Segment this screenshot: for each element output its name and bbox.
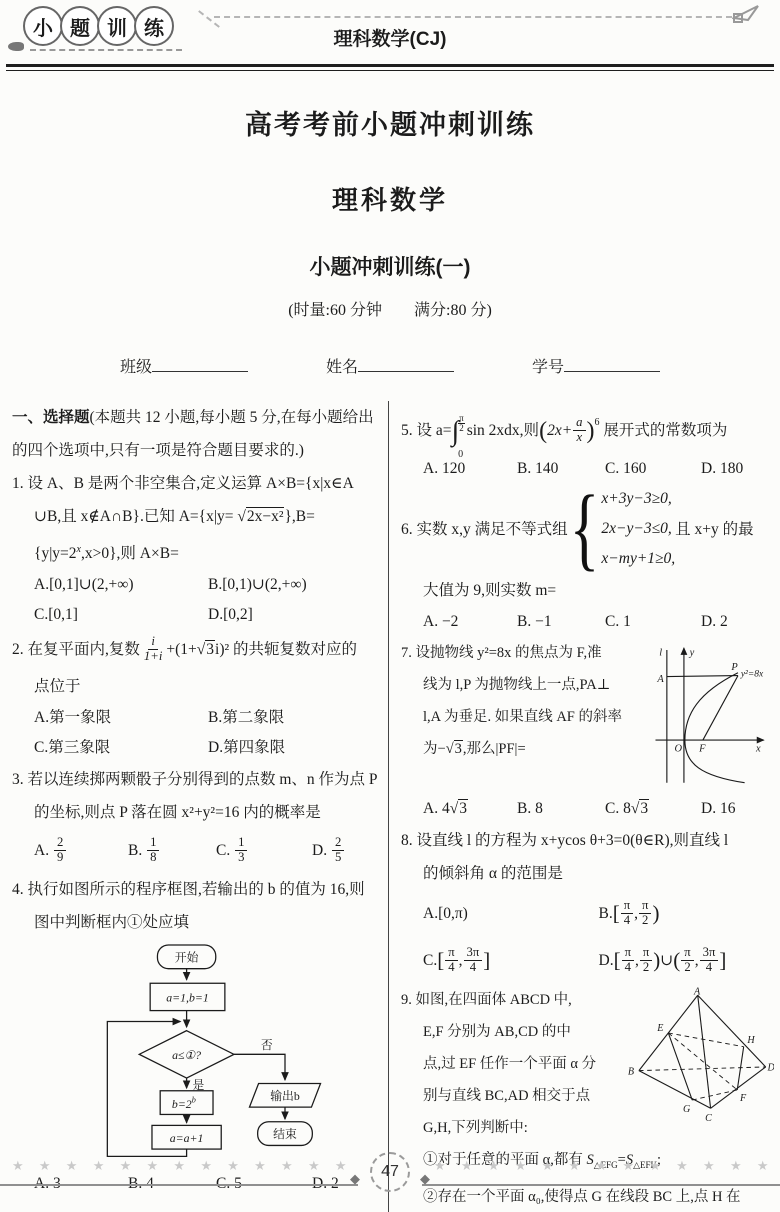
option: A.第一象限 xyxy=(34,703,208,733)
id-label: 学号 xyxy=(532,359,564,376)
q3-options: A. 29 B. 18 C. 13 D. 25 xyxy=(12,829,382,873)
header-subject: 理科数学(CJ) xyxy=(0,24,780,51)
page-footer: ★ ★ ★ ★ ★ ★ ★ ★ ★ ★ ★ ★ ★ ★ ★ ★ ◆ 47 ★ ★… xyxy=(0,1152,780,1198)
option: B.[0,1)∪(2,+∞) xyxy=(208,570,382,600)
option: D. 180 xyxy=(701,454,774,484)
question-2: 2. 在复平面内,复数i1+i+(1+√3i)² 的共轭复数对应的 点位于 A.… xyxy=(12,630,382,763)
option: B. 8 xyxy=(517,794,605,824)
label-F: F xyxy=(739,1093,747,1104)
double-rule xyxy=(6,64,774,71)
label-B: B xyxy=(628,1066,634,1077)
fc-output: 输出b xyxy=(270,1089,300,1103)
question-1: 1. 设 A、B 是两个非空集合,定义运算 A×B={x|x∈A ∪B,且 x∉… xyxy=(12,467,382,630)
option: D.[π4,π2)∪(π2,3π4] xyxy=(599,937,775,984)
label-x: x xyxy=(755,743,761,754)
fc-calc: b=2b xyxy=(172,1096,196,1111)
fc-end: 结束 xyxy=(273,1127,297,1141)
option: B. −1 xyxy=(517,607,605,637)
diamond-icon: ◆ xyxy=(350,1171,360,1187)
label-P: P xyxy=(730,662,738,673)
footer-right-ornament: ★ ★ ★ ★ ★ ★ ★ ★ ★ ★ ★ ★ ★ ★ ★ ★ ◆ xyxy=(422,1158,780,1192)
section-intro: 一、选择题(本题共 12 小题,每小题 5 分,在每小题给出 xyxy=(12,401,382,434)
option: B.第二象限 xyxy=(208,703,382,733)
class-blank xyxy=(152,356,248,372)
option: C.[0,1] xyxy=(34,600,208,630)
paper-plane-icon xyxy=(732,4,762,31)
question-3: 3. 若以连续掷两颗骰子分别得到的点数 m、n 作为点 P 的坐标,则点 P 落… xyxy=(12,763,382,873)
diamond-icon: ◆ xyxy=(420,1171,430,1187)
id-field: 学号 xyxy=(532,354,660,377)
flowchart-figure: 开始 a=1,b=1 a≤①? 否 是 b=2b 输出b a=a+1 结束 xyxy=(80,943,382,1167)
id-blank xyxy=(564,356,660,372)
fc-start: 开始 xyxy=(175,951,200,965)
question-8: 8. 设直线 l 的方程为 x+ycos θ+3=0(θ∈R),则直线 l 的倾… xyxy=(401,824,774,984)
option: A.[0,π) xyxy=(423,891,599,937)
section-intro-2: 的四个选项中,只有一项是符合题目要求的.) xyxy=(12,434,382,467)
name-label: 姓名 xyxy=(326,359,358,376)
q7-options: A. 4√3 B. 8 C. 8√3 D. 16 xyxy=(401,794,774,824)
q8-options-row2: C.[π4,3π4] D.[π4,π2)∪(π2,3π4] xyxy=(401,937,774,984)
fc-yes: 是 xyxy=(193,1078,205,1092)
option: D. 25 xyxy=(312,829,382,873)
footer-left-ornament: ★ ★ ★ ★ ★ ★ ★ ★ ★ ★ ★ ★ ★ ★ ★ ★ ◆ xyxy=(0,1158,358,1192)
fraction: i1+i xyxy=(141,635,165,664)
label-H: H xyxy=(746,1035,755,1046)
section-title: 小题冲刺训练(一) xyxy=(0,251,780,281)
q6-options: A. −2 B. −1 C. 1 D. 2 xyxy=(401,607,774,637)
section-intro-bold: 一、选择题 xyxy=(12,409,90,426)
page-title: 高考考前小题冲刺训练 xyxy=(0,103,780,142)
fc-init: a=1,b=1 xyxy=(166,991,209,1005)
q2-options: A.第一象限 B.第二象限 C.第三象限 D.第四象限 xyxy=(12,703,382,763)
label-G: G xyxy=(683,1104,691,1115)
option: C. 160 xyxy=(605,454,701,484)
fc-no: 否 xyxy=(261,1038,273,1052)
label-O: O xyxy=(674,743,682,754)
question-5: 5. 设 a=∫π20sin 2xdx,则(2x+ax)6 展开式的常数项为 A… xyxy=(401,401,774,484)
star-row: ★ ★ ★ ★ ★ ★ ★ ★ ★ ★ ★ ★ ★ ★ ★ ★ xyxy=(12,1158,346,1174)
option: C. 8√3 xyxy=(605,794,701,824)
label-y: y xyxy=(689,648,695,659)
name-field: 姓名 xyxy=(326,354,454,377)
option: D.[0,2] xyxy=(208,600,382,630)
option: A. −2 xyxy=(423,607,517,637)
label-l: l xyxy=(659,648,662,659)
option: D.第四象限 xyxy=(208,733,382,763)
exam-meta: (时量:60 分钟 满分:80 分) xyxy=(0,297,780,320)
question-6: 6. 实数 x,y 满足不等式组 { x+3y−3≥0, 2x−y−3≤0, x… xyxy=(401,484,774,637)
fc-cond: a≤①? xyxy=(172,1048,201,1062)
option: C. 1 xyxy=(605,607,701,637)
label-C: C xyxy=(705,1113,712,1124)
subject-title: 理科数学 xyxy=(0,180,780,217)
label-A: A xyxy=(693,986,701,997)
student-fields: 班级 姓名 学号 xyxy=(0,354,780,377)
dashed-rule xyxy=(214,16,732,18)
question-4: 4. 执行如图所示的程序框图,若输出的 b 的值为 16,则 图中判断框内①处应… xyxy=(12,873,382,1199)
label-D: D xyxy=(767,1063,774,1074)
star-row: ★ ★ ★ ★ ★ ★ ★ ★ ★ ★ ★ ★ ★ ★ ★ ★ xyxy=(434,1158,768,1174)
option: C.[π4,3π4] xyxy=(423,937,599,984)
class-field: 班级 xyxy=(120,354,248,377)
label-F: F xyxy=(698,743,706,754)
right-column: 5. 设 a=∫π20sin 2xdx,则(2x+ax)6 展开式的常数项为 A… xyxy=(388,401,780,1212)
option: C.第三象限 xyxy=(34,733,208,763)
q1-options: A.[0,1]∪(2,+∞) B.[0,1)∪(2,+∞) C.[0,1] D.… xyxy=(12,570,382,630)
tetrahedron-figure: A B C D E F G H xyxy=(604,986,774,1129)
page-header: 小 题 训 练 理科数学(CJ) xyxy=(0,0,780,64)
exam-page: 小 题 训 练 理科数学(CJ) 高考考前小题冲刺训练 理科数学 小题冲刺训练(… xyxy=(0,0,780,1212)
label-A: A xyxy=(656,674,664,685)
label-curve-eq: y²=8x xyxy=(740,670,764,680)
question-7: l y A P y²=8x O F x 7. 设抛物线 y²=8x 的焦点为 F… xyxy=(401,637,774,824)
q8-options-row1: A.[0,π) B.[π4,π2) xyxy=(401,890,774,937)
system-brace: { xyxy=(570,483,600,576)
option: D. 2 xyxy=(701,607,774,637)
option: B.[π4,π2) xyxy=(599,890,775,937)
sqrt-expression: √2x−x² xyxy=(237,507,284,525)
option: D. 16 xyxy=(701,794,774,824)
fc-inc: a=a+1 xyxy=(170,1131,204,1145)
option: C. 13 xyxy=(216,829,312,873)
parabola-figure: l y A P y²=8x O F x xyxy=(646,639,774,794)
option: B. 18 xyxy=(128,829,216,873)
label-E: E xyxy=(656,1023,663,1034)
option: A. 120 xyxy=(423,454,517,484)
option: A. 4√3 xyxy=(423,794,517,824)
page-number: 47 xyxy=(370,1152,410,1192)
name-blank xyxy=(358,356,454,372)
option: A. 29 xyxy=(34,829,128,873)
inequality-system: x+3y−3≥0, 2x−y−3≤0, x−my+1≥0, xyxy=(601,484,675,574)
class-label: 班级 xyxy=(120,359,152,376)
left-column: 一、选择题(本题共 12 小题,每小题 5 分,在每小题给出 的四个选项中,只有… xyxy=(0,401,388,1212)
option: A.[0,1]∪(2,+∞) xyxy=(34,570,208,600)
